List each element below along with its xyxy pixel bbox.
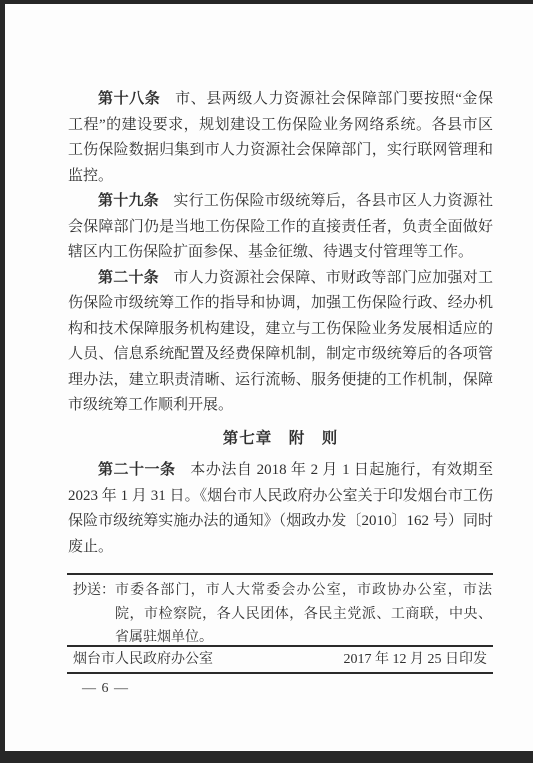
page-number: — 6 — <box>82 681 129 697</box>
cc-recipients: 市委各部门，市人大常委会办公室，市政协办公室，市法院，市检察院，各人民团体，各民… <box>115 579 492 650</box>
cc-label: 抄送： <box>73 579 115 650</box>
article-20-number: 第二十条 <box>98 270 159 286</box>
article-19-number: 第十九条 <box>98 193 159 209</box>
article-18-paragraph: 第十八条市、县两级人力资源社会保障部门要按照“金保工程”的建设要求，规划建设工伤… <box>68 87 493 189</box>
document-body: 第十八条市、县两级人力资源社会保障部门要按照“金保工程”的建设要求，规划建设工伤… <box>68 87 493 560</box>
chapter-heading: 第七章 附 则 <box>68 426 493 452</box>
imprint-row: 烟台市人民政府办公室 2017 年 12 月 25 日印发 <box>73 650 487 670</box>
scan-border-left <box>0 0 5 763</box>
article-20-paragraph: 第二十条市人力资源社会保障、市财政等部门应加强对工伤保险市级统筹工作的指导和协调… <box>68 266 493 419</box>
footer-rule-bottom <box>67 672 493 674</box>
article-18-number: 第十八条 <box>98 91 160 107</box>
print-date: 2017 年 12 月 25 日印发 <box>344 650 488 670</box>
scan-border-top <box>0 0 533 4</box>
footer-rule-top <box>67 573 493 575</box>
article-20-text: 市人力资源社会保障、市财政等部门应加强对工伤保险市级统筹工作的指导和协调，加强工… <box>68 270 493 414</box>
issuing-office: 烟台市人民政府办公室 <box>73 650 213 670</box>
article-21-paragraph: 第二十一条本办法自 2018 年 2 月 1 日起施行，有效期至 2023 年 … <box>68 458 493 560</box>
scan-border-bottom <box>0 751 533 763</box>
article-21-number: 第二十一条 <box>98 462 176 478</box>
cc-block: 抄送： 市委各部门，市人大常委会办公室，市政协办公室，市法院，市检察院，各人民团… <box>73 579 492 650</box>
footer-rule-middle <box>67 645 493 647</box>
document-page: 第十八条市、县两级人力资源社会保障部门要按照“金保工程”的建设要求，规划建设工伤… <box>0 0 533 763</box>
article-19-paragraph: 第十九条实行工伤保险市级统筹后，各县市区人力资源社会保障部门仍是当地工伤保险工作… <box>68 189 493 266</box>
